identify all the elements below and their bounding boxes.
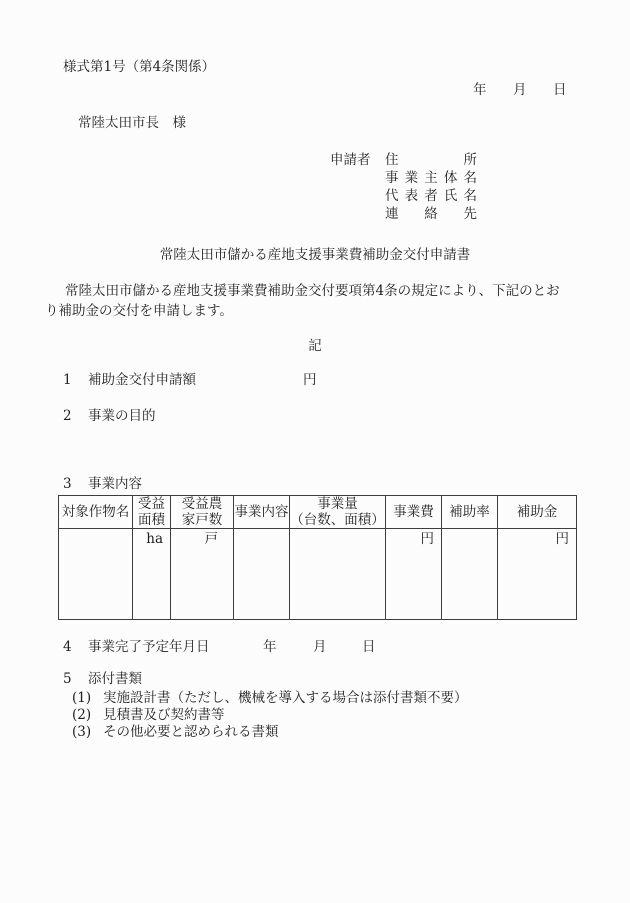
applicant-address-label: 住 所 <box>385 151 477 169</box>
attachment-item: (3) その他必要と認められる書類 <box>0 725 630 741</box>
item-2-label: 事業の目的 <box>88 409 156 424</box>
applicant-representative-line: 代表者氏名 <box>330 187 477 205</box>
applicant-address-line: 申請者 住 所 <box>330 151 477 169</box>
attachment-3-text: その他必要と認められる書類 <box>103 725 279 740</box>
item-2: 2 事業の目的 <box>0 409 630 425</box>
item-1-label: 補助金交付申請額 <box>88 373 196 388</box>
col-header-crop: 対象作物名 <box>59 496 133 529</box>
cell-benefit-area-unit: ha <box>133 529 171 620</box>
day-label: 日 <box>553 83 567 98</box>
item-4-number: 4 <box>63 640 72 655</box>
applicant-label: 申請者 <box>330 151 385 169</box>
form-number: 様式第1号（第4条関係） <box>63 60 215 75</box>
body-paragraph: 常陸太田市儲かる産地支援事業費補助金交付要項第4条の規定により、下記のとおり補助… <box>45 281 567 321</box>
item-4-label: 事業完了予定年月日 <box>88 640 210 655</box>
col-header-project-volume: 事業量 （台数、面積） <box>290 496 386 529</box>
ki-heading: 記 <box>0 339 630 354</box>
item-4-year-label: 年 <box>263 640 277 655</box>
item-4-month-label: 月 <box>313 640 327 655</box>
attachment-1-text: 実施設計書（ただし、機械を導入する場合は添付書類不要） <box>103 691 468 706</box>
date-line: 年 月 日 <box>0 83 630 99</box>
attachment-2-number: (2) <box>72 708 91 723</box>
applicant-entity-line: 事業主体名 <box>330 169 477 187</box>
attachment-item: (1) 実施設計書（ただし、機械を導入する場合は添付書類不要） <box>0 691 630 707</box>
col-header-project-content: 事業内容 <box>234 496 290 529</box>
item-5-label: 添付書類 <box>88 672 142 687</box>
attachment-1-number: (1) <box>72 691 91 706</box>
cell-subsidy-rate <box>442 529 498 620</box>
application-form-page: 様式第1号（第4条関係） 年 月 日 常陸太田市長 様 申請者 住 所 事業主体… <box>0 0 630 903</box>
item-3: 3 事業内容 <box>0 477 630 493</box>
col-header-subsidy-amount: 補助金 <box>498 496 577 529</box>
attachment-item: (2) 見積書及び契約書等 <box>0 708 630 724</box>
col-header-benefit-households: 受益農 家戸数 <box>171 496 234 529</box>
cell-project-volume <box>290 529 386 620</box>
col-header-benefit-area: 受益 面積 <box>133 496 171 529</box>
col-header-subsidy-rate: 補助率 <box>442 496 498 529</box>
applicant-block: 申請者 住 所 事業主体名 代表者氏名 連 絡 先 <box>330 151 477 223</box>
item-1-amount-unit: 円 <box>303 373 317 388</box>
table-header-row: 対象作物名 受益 面積 受益農 家戸数 事業内容 事業量 （台数、面積） 事業費… <box>59 496 577 529</box>
applicant-contact-label: 連 絡 先 <box>385 205 477 223</box>
col-header-project-cost: 事業費 <box>386 496 442 529</box>
item-3-number: 3 <box>63 477 72 492</box>
attachment-3-number: (3) <box>72 725 91 740</box>
addressee: 常陸太田市長 様 <box>78 116 186 131</box>
project-table: 対象作物名 受益 面積 受益農 家戸数 事業内容 事業量 （台数、面積） 事業費… <box>58 495 577 620</box>
cell-subsidy-amount-unit: 円 <box>498 529 577 620</box>
item-2-number: 2 <box>63 409 72 424</box>
year-label: 年 <box>473 83 487 98</box>
item-4: 4 事業完了予定年月日 年 月 日 <box>0 640 630 656</box>
applicant-contact-line: 連 絡 先 <box>330 205 477 223</box>
document-title: 常陸太田市儲かる産地支援事業費補助金交付申請書 <box>0 248 630 263</box>
cell-project-cost-unit: 円 <box>386 529 442 620</box>
item-4-day-label: 日 <box>362 640 376 655</box>
month-label: 月 <box>513 83 527 98</box>
item-3-label: 事業内容 <box>88 477 142 492</box>
cell-project-content <box>234 529 290 620</box>
attachment-2-text: 見積書及び契約書等 <box>103 708 225 723</box>
item-1: 1 補助金交付申請額 円 <box>0 373 630 389</box>
cell-benefit-households-unit: 戸 <box>171 529 234 620</box>
cell-crop <box>59 529 133 620</box>
table-entry-row: ha 戸 円 円 <box>59 529 577 620</box>
applicant-representative-label: 代表者氏名 <box>385 187 477 205</box>
item-5: 5 添付書類 <box>0 672 630 688</box>
item-5-number: 5 <box>63 672 72 687</box>
item-1-number: 1 <box>63 373 72 388</box>
applicant-entity-label: 事業主体名 <box>385 169 477 187</box>
